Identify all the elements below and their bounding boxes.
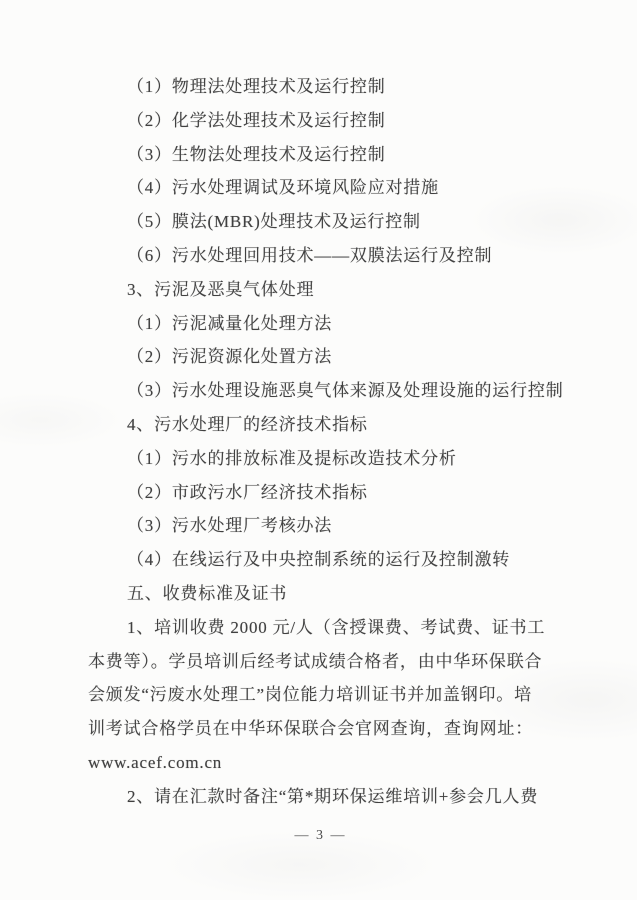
document-line: （6）污水处理回用技术——双膜法运行及控制 bbox=[88, 239, 553, 273]
document-section-heading: 4、污水处理厂的经济技术指标 bbox=[88, 408, 553, 442]
document-section-heading: 3、污泥及恶臭气体处理 bbox=[88, 273, 553, 307]
document-line: （1）污水的排放标准及提标改造技术分析 bbox=[88, 442, 553, 476]
document-line: （3）生物法处理技术及运行控制 bbox=[88, 138, 553, 172]
document-website-url: www.acef.com.cn bbox=[88, 746, 553, 780]
document-line: （4）污水处理调试及环境风险应对措施 bbox=[88, 171, 553, 205]
document-line: （2）化学法处理技术及运行控制 bbox=[88, 104, 553, 138]
document-line: （3）污水处理设施恶臭气体来源及处理设施的运行控制 bbox=[88, 374, 553, 408]
document-section-heading: 五、收费标准及证书 bbox=[88, 577, 553, 611]
document-line: （1）物理法处理技术及运行控制 bbox=[88, 70, 553, 104]
document-paragraph-line: 1、培训收费 2000 元/人（含授课费、考试费、证书工 bbox=[88, 611, 553, 645]
document-line: （2）污泥资源化处置方法 bbox=[88, 340, 553, 374]
document-line: （3）污水处理厂考核办法 bbox=[88, 509, 553, 543]
document-page: （1）物理法处理技术及运行控制 （2）化学法处理技术及运行控制 （3）生物法处理… bbox=[0, 0, 637, 900]
document-paragraph-line: 本费等）。学员培训后经考试成绩合格者，由中华环保联合 bbox=[88, 645, 553, 679]
document-paragraph-line: 2、请在汇款时备注“第*期环保运维培训+参会几人费 bbox=[88, 780, 553, 814]
document-line: （5）膜法(MBR)处理技术及运行控制 bbox=[88, 205, 553, 239]
document-line: （1）污泥减量化处理方法 bbox=[88, 307, 553, 341]
document-paragraph-line: 会颁发“污废水处理工”岗位能力培训证书并加盖钢印。培 bbox=[88, 678, 553, 712]
document-line: （2）市政污水厂经济技术指标 bbox=[88, 476, 553, 510]
page-number: — 3 — bbox=[88, 828, 553, 844]
document-paragraph-line: 训考试合格学员在中华环保联合会官网查询，查询网址： bbox=[88, 712, 553, 746]
document-line: （4）在线运行及中央控制系统的运行及控制激转 bbox=[88, 543, 553, 577]
